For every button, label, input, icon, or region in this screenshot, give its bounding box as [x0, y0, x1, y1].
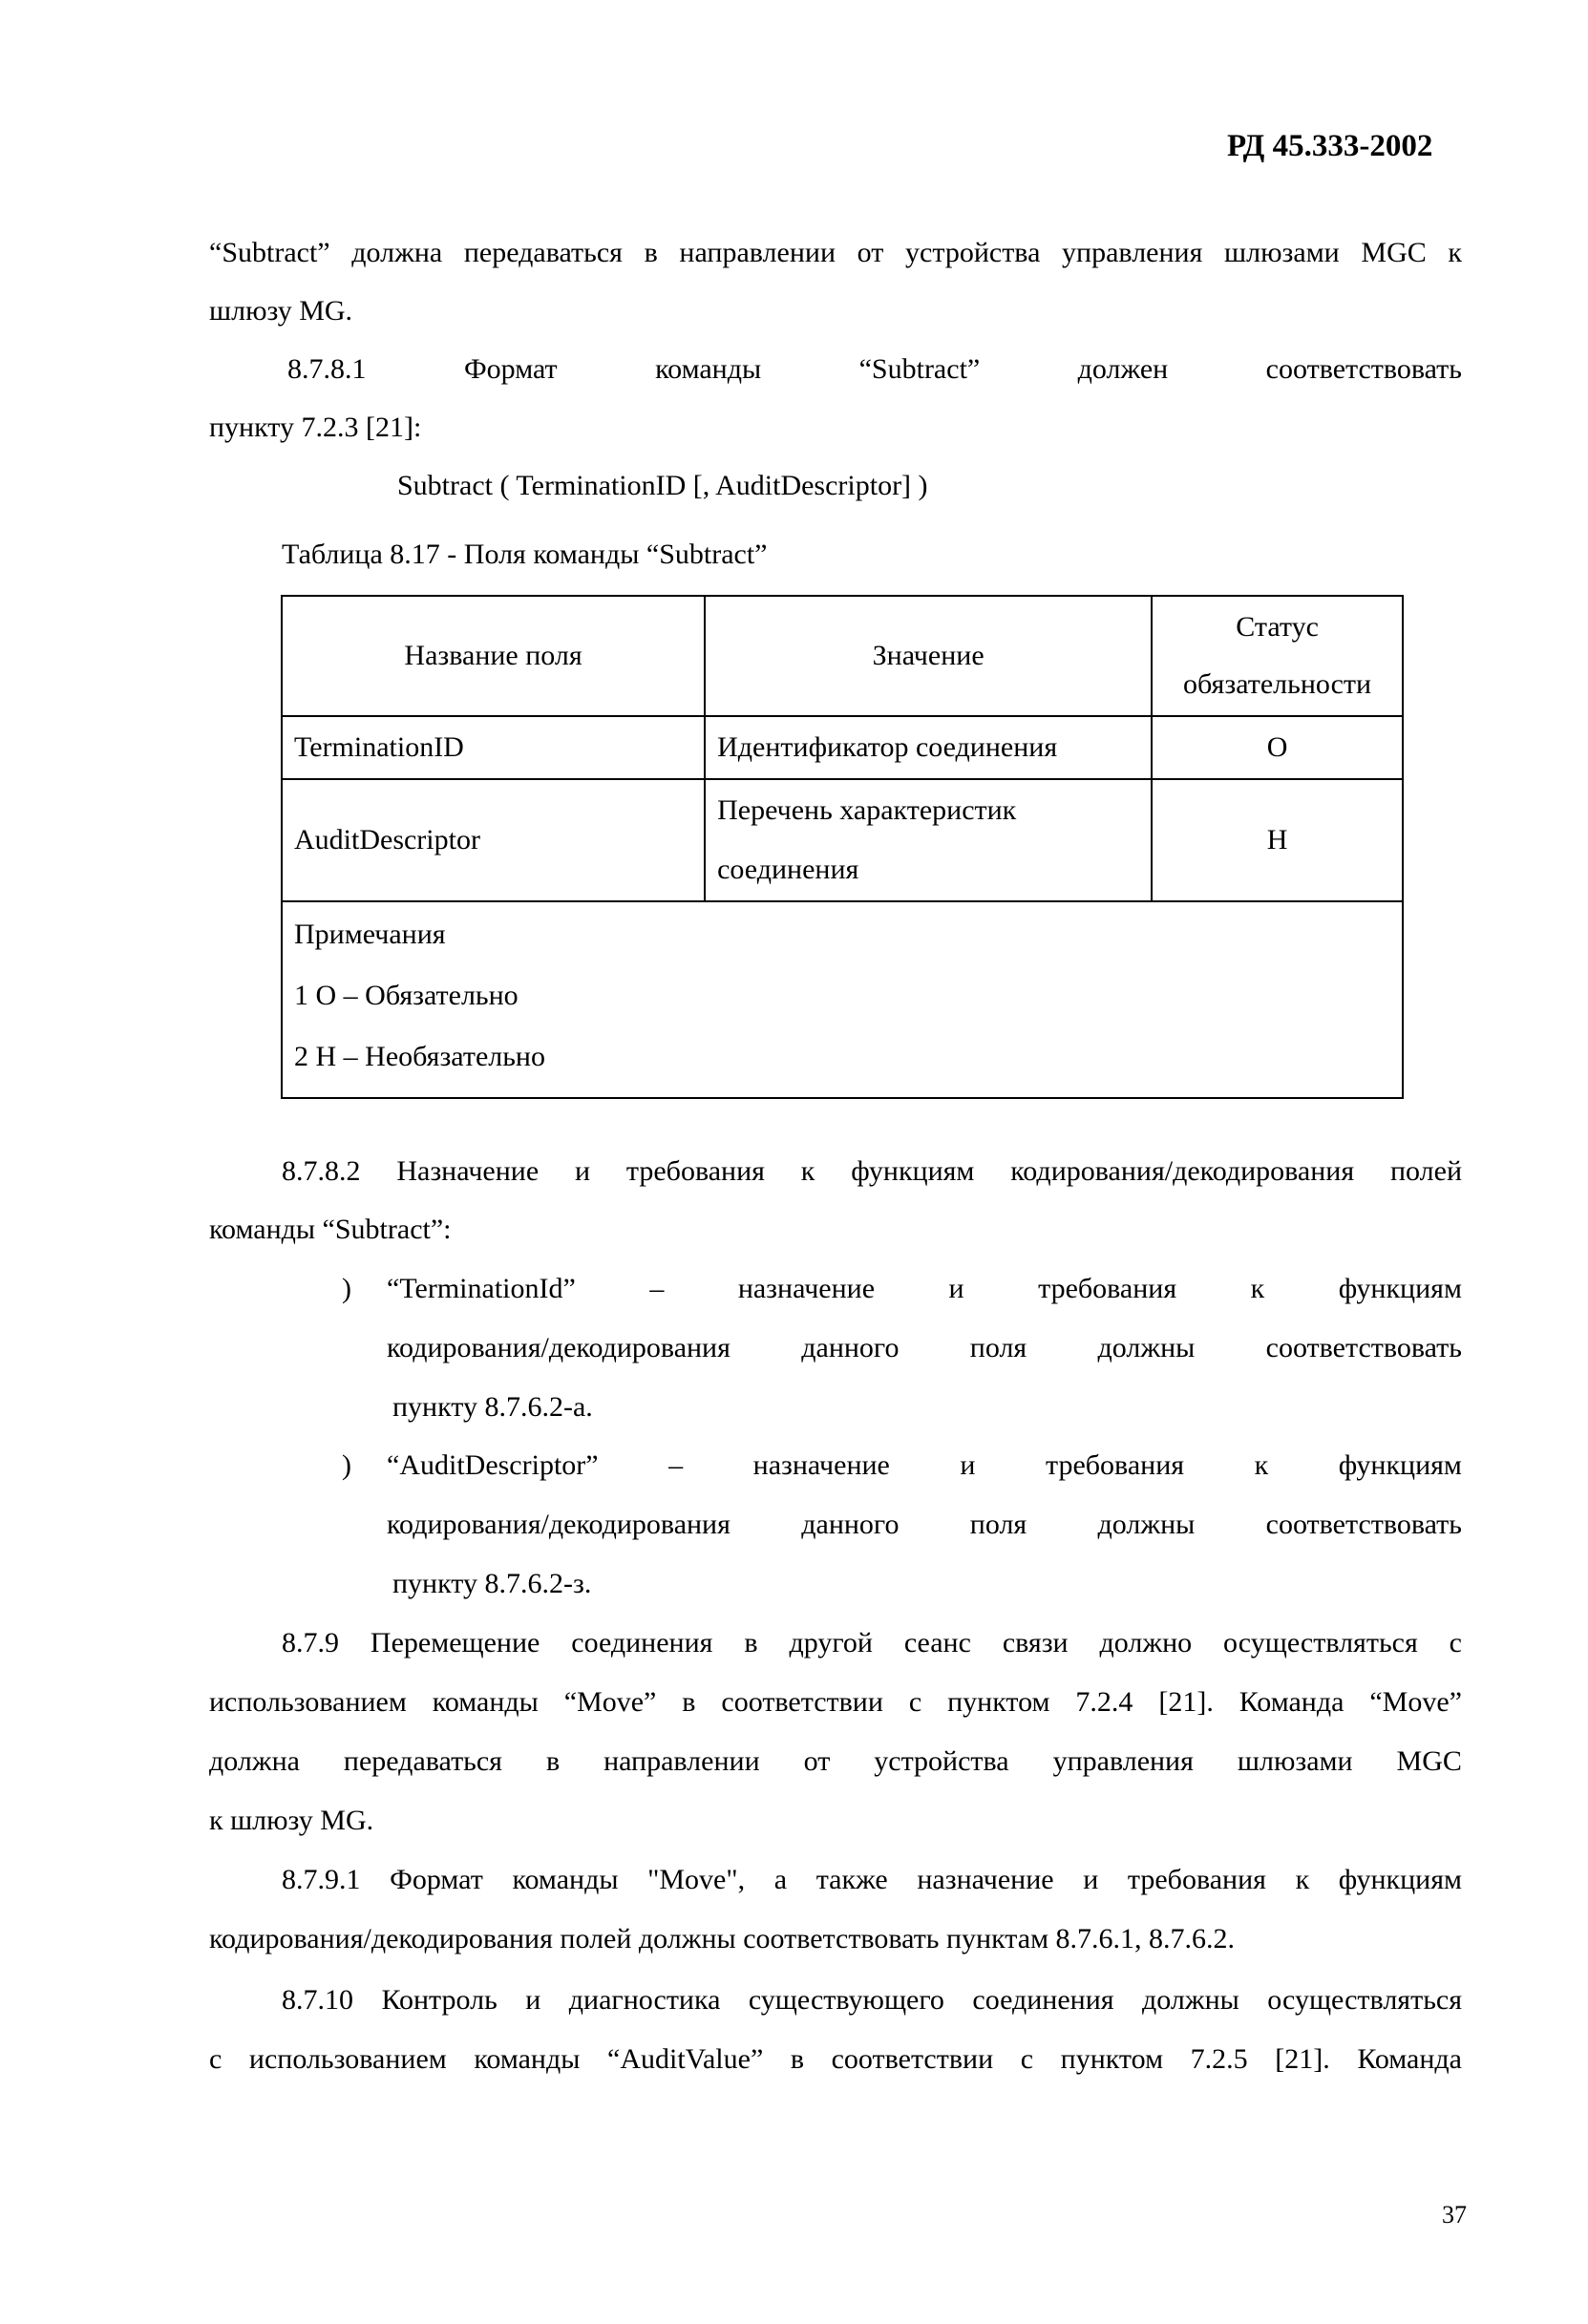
- cell-value-line: Перечень характеристик: [717, 781, 1139, 840]
- column-header-status-line1: Статус: [1164, 599, 1390, 656]
- list-item-line: “TerminationId” – назначение и требовани…: [387, 1275, 1462, 1303]
- word: соответствовать: [1266, 1511, 1462, 1539]
- word: MGC: [1397, 1747, 1462, 1776]
- paragraph-line: “Subtract” должна передаваться в направл…: [209, 239, 1462, 267]
- word: и: [949, 1275, 964, 1303]
- word: передаваться: [344, 1747, 502, 1776]
- cell-value-line: соединения: [717, 840, 1139, 899]
- word: назначение: [753, 1451, 890, 1480]
- paragraph-line: 8.7.9 Перемещение соединения в другой се…: [282, 1629, 1462, 1658]
- word: в: [546, 1747, 560, 1776]
- table-notes-row: Примечания 1 О – Обязательно 2 Н – Необя…: [282, 901, 1403, 1098]
- column-header-value: Значение: [705, 596, 1152, 716]
- paragraph-line: должна передаваться в направлении от уст…: [209, 1747, 1462, 1776]
- word: требования: [1038, 1275, 1176, 1303]
- notes-cell: Примечания 1 О – Обязательно 2 Н – Необя…: [282, 901, 1403, 1098]
- word: функциям: [1339, 1451, 1462, 1480]
- word: направлении: [603, 1747, 760, 1776]
- word: поля: [970, 1511, 1027, 1539]
- word: к: [1251, 1275, 1265, 1303]
- word: должны: [1098, 1511, 1196, 1539]
- list-item-line: пункту 8.7.6.2-з.: [392, 1570, 591, 1598]
- cell-field-name: TerminationID: [282, 716, 705, 779]
- word: функциям: [1339, 1275, 1462, 1303]
- fields-table: Название поля Значение Статус обязательн…: [281, 595, 1404, 1099]
- word: кодирования/декодирования: [387, 1334, 730, 1363]
- word: от: [804, 1747, 831, 1776]
- cell-status: О: [1152, 716, 1403, 779]
- word: требования: [1046, 1451, 1184, 1480]
- paragraph-line: команды “Subtract”:: [209, 1215, 452, 1244]
- cell-status: Н: [1152, 779, 1403, 901]
- word: к: [1255, 1451, 1269, 1480]
- column-header-status-line2: обязательности: [1164, 656, 1390, 713]
- paragraph-line: 8.7.10 Контроль и диагностика существующ…: [282, 1986, 1462, 2015]
- word: управления: [1053, 1747, 1194, 1776]
- word: назначение: [738, 1275, 875, 1303]
- word: кодирования/декодирования: [387, 1511, 730, 1539]
- word: данного: [801, 1334, 899, 1363]
- paragraph-line: кодирования/декодирования полей должны с…: [209, 1925, 1235, 1954]
- list-marker: ): [342, 1451, 351, 1480]
- page-number: 37: [1442, 2201, 1467, 2229]
- table-header-row: Название поля Значение Статус обязательн…: [282, 596, 1403, 716]
- command-syntax: Subtract ( TerminationID [, AuditDescrip…: [397, 472, 928, 500]
- word: соответствовать: [1266, 1334, 1462, 1363]
- word: 8.7.8.1: [287, 355, 367, 384]
- paragraph-line: использованием команды “Move” в соответс…: [209, 1688, 1462, 1717]
- word: “AuditDescriptor”: [387, 1451, 599, 1480]
- word: поля: [970, 1334, 1027, 1363]
- list-marker: ): [342, 1275, 351, 1303]
- paragraph-line: к шлюзу MG.: [209, 1806, 373, 1835]
- word: и: [960, 1451, 975, 1480]
- word: устройства: [874, 1747, 1008, 1776]
- column-header-field-name: Название поля: [282, 596, 705, 716]
- note-item: 1 О – Обязательно: [294, 965, 1390, 1026]
- note-item: 2 Н – Необязательно: [294, 1026, 1390, 1088]
- section-8-7-8-1-heading-line: 8.7.8.1 Формат команды “Subtract” должен…: [287, 355, 1462, 384]
- word: команды: [655, 355, 761, 384]
- list-item-line: кодирования/декодирования данного поля д…: [387, 1334, 1462, 1363]
- word: шлюзами: [1238, 1747, 1353, 1776]
- cell-value: Перечень характеристик соединения: [705, 779, 1152, 901]
- table-row: AuditDescriptor Перечень характеристик с…: [282, 779, 1403, 901]
- word: должен: [1078, 355, 1169, 384]
- list-item-line: пункту 8.7.6.2-а.: [392, 1393, 593, 1422]
- word: данного: [801, 1511, 899, 1539]
- word: Формат: [464, 355, 558, 384]
- paragraph-line: пункту 7.2.3 [21]:: [209, 413, 421, 442]
- word: –: [668, 1451, 683, 1480]
- word: соответствовать: [1266, 355, 1462, 384]
- paragraph-line: с использованием команды “AuditValue” в …: [209, 2045, 1462, 2074]
- paragraph-line: 8.7.9.1 Формат команды "Move", а также н…: [282, 1866, 1462, 1894]
- notes-title: Примечания: [294, 904, 1390, 965]
- word: должна: [209, 1747, 300, 1776]
- cell-field-name: AuditDescriptor: [282, 779, 705, 901]
- word: “Subtract”: [859, 355, 981, 384]
- word: –: [649, 1275, 664, 1303]
- word: “TerminationId”: [387, 1275, 576, 1303]
- document-code: РД 45.333-2002: [1227, 129, 1432, 164]
- cell-value: Идентификатор соединения: [705, 716, 1152, 779]
- word: должны: [1098, 1334, 1196, 1363]
- table-row: TerminationID Идентификатор соединения О: [282, 716, 1403, 779]
- paragraph-line: 8.7.8.2 Назначение и требования к функци…: [282, 1157, 1462, 1186]
- list-item-line: кодирования/декодирования данного поля д…: [387, 1511, 1462, 1539]
- paragraph-line: шлюзу MG.: [209, 297, 352, 326]
- list-item-line: “AuditDescriptor” – назначение и требова…: [387, 1451, 1462, 1480]
- table-caption: Таблица 8.17 - Поля команды “Subtract”: [282, 540, 768, 569]
- column-header-status: Статус обязательности: [1152, 596, 1403, 716]
